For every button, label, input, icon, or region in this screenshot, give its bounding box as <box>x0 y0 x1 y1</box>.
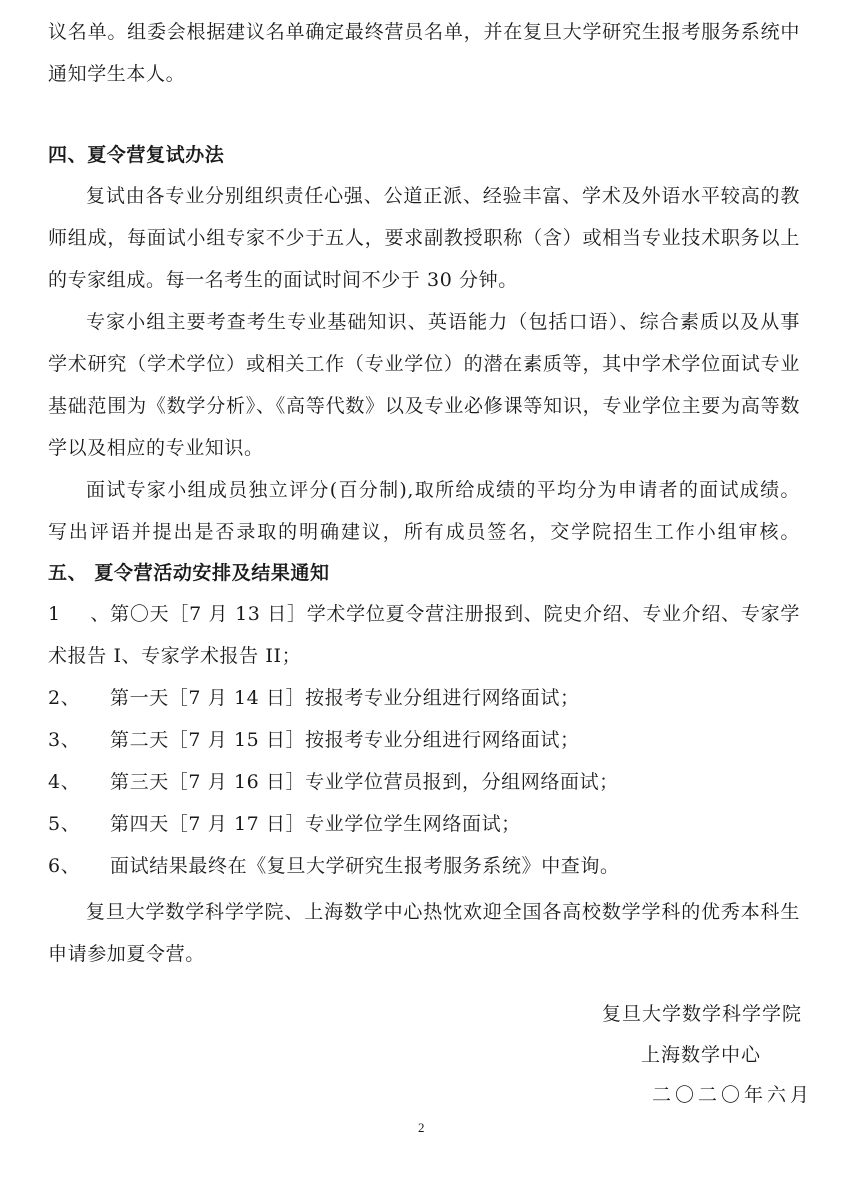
list-item: 1、第〇天［7 月 13 日］学术学位夏令营注册报到、院史介绍、专业介绍、专家学 <box>48 602 800 626</box>
body-text: 写出评语并提出是否录取的明确建议，所有成员签名，交学院招生工作小组审核。 <box>48 520 800 544</box>
body-text: 的专家组成。每一名考生的面试时间不少于 30 分钟。 <box>48 268 800 292</box>
section-heading: 四、夏令营复试办法 <box>48 143 800 167</box>
body-text: 议名单。组委会根据建议名单确定最终营员名单，并在复旦大学研究生报考服务系统中 <box>48 20 800 44</box>
list-item: 6、面试结果最终在《复旦大学研究生报考服务系统》中查询。 <box>48 854 800 878</box>
list-item: 2、第一天［7 月 14 日］按报考专业分组进行网络面试； <box>48 686 800 710</box>
list-text: 面试结果最终在《复旦大学研究生报考服务系统》中查询。 <box>110 855 620 877</box>
list-number: 5、 <box>48 812 110 836</box>
signature-org: 复旦大学数学科学学院 <box>602 1002 802 1026</box>
body-text: 师组成，每面试小组专家不少于五人，要求副教授职称（含）或相当专业技术职务以上 <box>48 226 800 250</box>
body-text: 复旦大学数学科学学院、上海数学中心热忱欢迎全国各高校数学学科的优秀本科生 <box>86 900 800 924</box>
list-text: 第〇天［7 月 13 日］学术学位夏令营注册报到、院史介绍、专业介绍、专家学 <box>110 603 800 625</box>
list-text: 第三天［7 月 16 日］专业学位营员报到，分组网络面试； <box>110 771 619 793</box>
list-item: 4、第三天［7 月 16 日］专业学位营员报到，分组网络面试； <box>48 770 800 794</box>
list-item-continuation: 术报告 I、专家学术报告 II； <box>48 644 800 668</box>
page-number: 2 <box>418 1120 425 1136</box>
list-number: 2、 <box>48 686 110 710</box>
list-text: 第一天［7 月 14 日］按报考专业分组进行网络面试； <box>110 687 580 709</box>
document-page: 议名单。组委会根据建议名单确定最终营员名单，并在复旦大学研究生报考服务系统中 通… <box>0 0 849 1200</box>
body-text: 面试专家小组成员独立评分(百分制),取所给成绩的平均分为申请者的面试成绩。 <box>86 478 800 502</box>
body-text: 基础范围为《数学分析》、《高等代数》以及专业必修课等知识，专业学位主要为高等数 <box>48 394 800 418</box>
body-text: 复试由各专业分别组织责任心强、公道正派、经验丰富、学术及外语水平较高的教 <box>86 184 800 208</box>
body-text: 通知学生本人。 <box>48 62 800 86</box>
body-text: 学以及相应的专业知识。 <box>48 436 800 460</box>
body-text: 专家小组主要考查考生专业基础知识、英语能力（包括口语）、综合素质以及从事 <box>86 310 800 334</box>
list-item: 5、第四天［7 月 17 日］专业学位学生网络面试； <box>48 812 800 836</box>
signature-org: 上海数学中心 <box>641 1043 761 1067</box>
list-text: 第四天［7 月 17 日］专业学位学生网络面试； <box>110 813 521 835</box>
list-number: 3、 <box>48 728 110 752</box>
list-number: 6、 <box>48 854 110 878</box>
list-number: 1、 <box>48 602 110 626</box>
body-text: 学术研究（学术学位）或相关工作（专业学位）的潜在素质等，其中学术学位面试专业 <box>48 352 800 376</box>
list-item: 3、第二天［7 月 15 日］按报考专业分组进行网络面试； <box>48 728 800 752</box>
section-heading: 五、 夏令营活动安排及结果通知 <box>48 561 800 585</box>
body-text: 申请参加夏令营。 <box>48 942 800 966</box>
list-number: 4、 <box>48 770 110 794</box>
signature-date: 二〇二〇年六月 <box>652 1083 813 1107</box>
list-text: 第二天［7 月 15 日］按报考专业分组进行网络面试； <box>110 729 580 751</box>
